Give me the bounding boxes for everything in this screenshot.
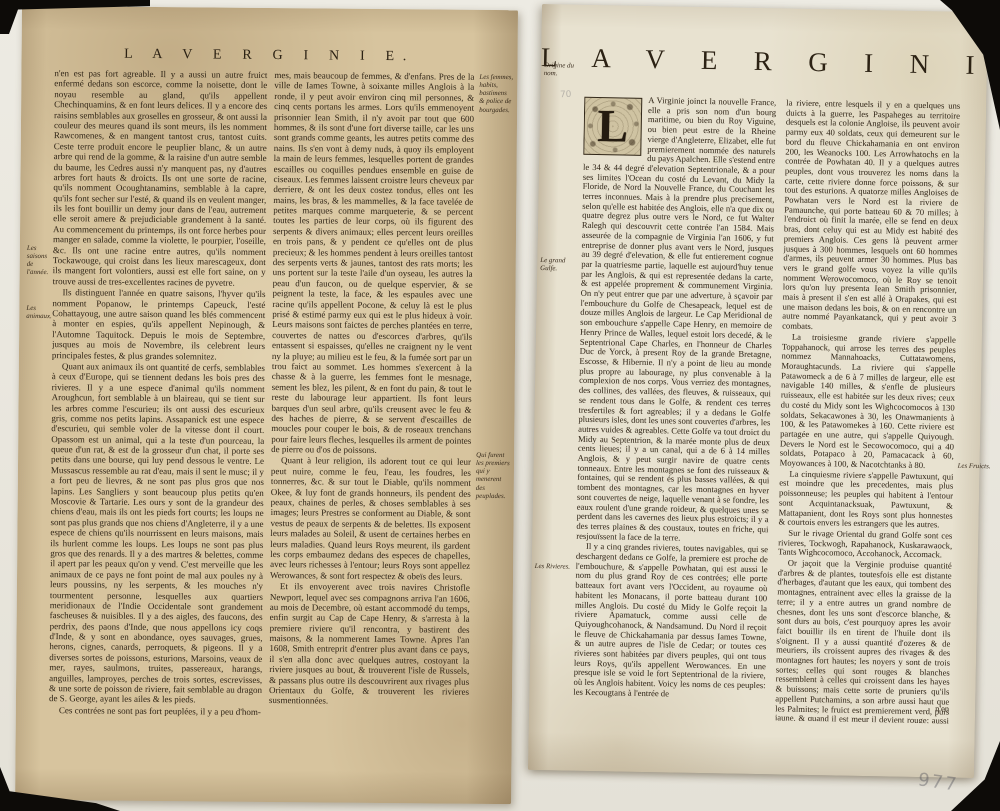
body-paragraph: Il y a cinq grandes rivieres, toutes nav…: [573, 542, 768, 701]
margin-note-animals: Les animaux.: [26, 305, 51, 321]
page-left: L A V E R G I N I E. Les saisons de l'an…: [15, 6, 518, 804]
body-paragraph: Ces contrées ne sont pas fort peuplées, …: [49, 705, 262, 717]
page-right: L A V E R G I N I E. Origine du nom. Le …: [528, 4, 988, 778]
body-paragraph: mes, mais beaucoup de femmes, & d'enfans…: [271, 70, 474, 456]
body-paragraph: La cinquiesme riviere s'appelle Pawtuxun…: [778, 469, 953, 530]
margin-note-seasons: Les saisons de l'année.: [27, 245, 52, 278]
body-paragraph: A Virginie joinct la nouvelle France, el…: [576, 95, 776, 545]
woodcut-drop-cap: L: [583, 97, 642, 156]
right-page-column-1: L A Virginie joinct la nouvelle France, …: [573, 95, 776, 720]
body-paragraph: Quant aux animaux ils ont quantité de ce…: [49, 361, 265, 706]
margin-note-settlers: Qui furent les premiers qui y menerent d…: [476, 452, 510, 501]
page-left-running-title: L A V E R G I N I E.: [22, 46, 518, 66]
body-paragraph: la riviere, entre lesquels il y en a que…: [782, 98, 960, 334]
left-page-column-2: mes, mais beaucoup de femmes, & d'enfans…: [268, 70, 474, 798]
book-scan: L A V E R G I N I E. Les saisons de l'an…: [0, 0, 1000, 811]
body-paragraph: Ils distinguent l'année en quatre saison…: [52, 287, 266, 362]
body-paragraph: Quant à leur religion, ils adorent tout …: [270, 455, 471, 581]
body-paragraph: Or jaçoit que la Verginie produise quant…: [775, 558, 952, 723]
right-page-column-2: la riviere, entre lesquels il y en a que…: [775, 98, 960, 723]
pencil-annotation: 977: [917, 769, 960, 795]
drop-cap-letter: L: [597, 103, 629, 150]
margin-note-rivers: Les Rivieres.: [535, 563, 573, 572]
pencil-annotation: 70: [560, 90, 572, 100]
body-paragraph: La troisiesme grande riviere s'appelle T…: [780, 332, 956, 471]
page-right-title: L A V E R G I N I E.: [541, 42, 987, 81]
margin-note-gulf: Le grand Gulfe.: [540, 257, 578, 274]
left-page-column-1: n'en est pas fort agreable. Il y a aussi…: [48, 68, 267, 796]
margin-note-customs: Les femmes, habits, bastimens & police d…: [479, 74, 513, 115]
body-paragraph: n'en est pas fort agreable. Il y a aussi…: [53, 68, 268, 288]
margin-note-fruits: Les Fruicts.: [958, 463, 992, 472]
margin-note-origin: Origine du nom.: [544, 62, 582, 79]
body-paragraph: Sur le rivage Oriental du grand Golfe so…: [778, 528, 953, 560]
body-paragraph: Et ils envoyerent avec trois navires Chr…: [269, 581, 470, 707]
